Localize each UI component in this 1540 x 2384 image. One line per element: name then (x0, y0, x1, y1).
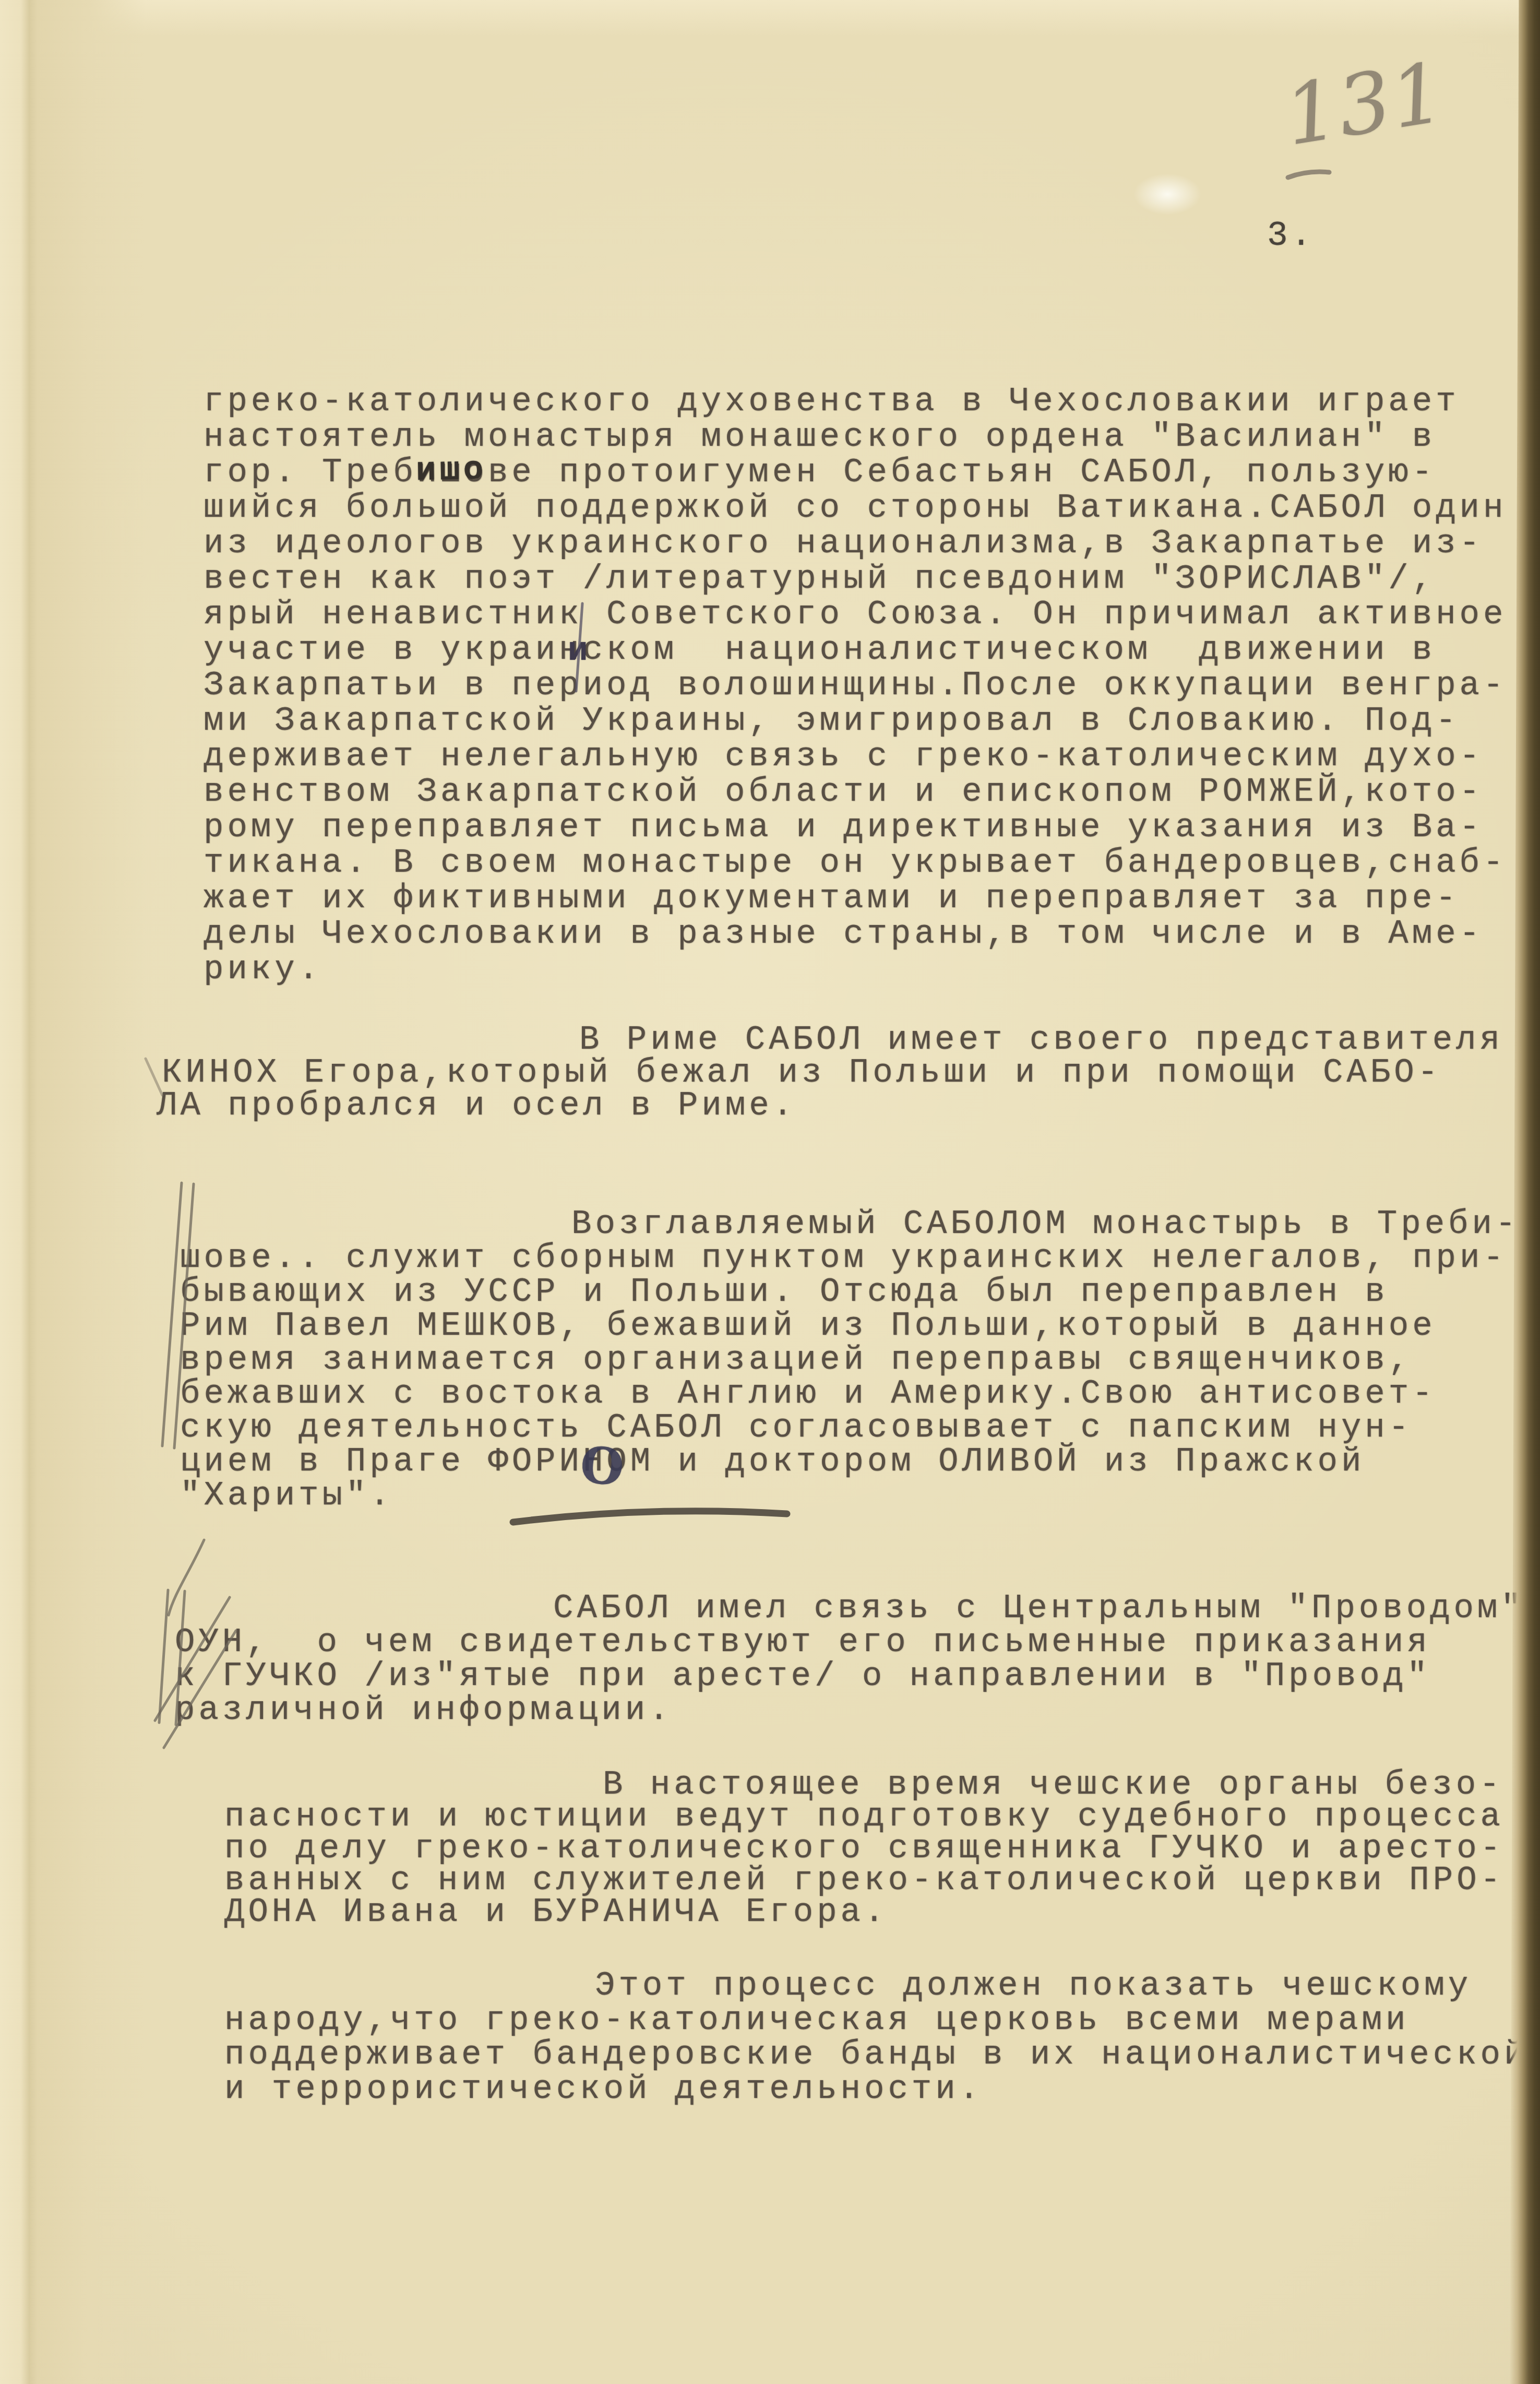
text-line: ЛА пробрался и осел в Риме. (157, 1090, 796, 1122)
text-line: ярый ненавистник Советского Союза. Он пр… (204, 599, 1507, 631)
text-line: ми Закарпатской Украины, эмигрировал в С… (204, 706, 1460, 737)
handwritten-letter-o-correction: О (578, 1435, 626, 1498)
text-line: рику. (204, 954, 322, 986)
text-line: В настоящее время чешские органы безо- (603, 1770, 1503, 1801)
underline-forinom (513, 1511, 787, 1522)
margin-mark-paragraph4-line1 (159, 1590, 168, 1723)
text-line: Закарпатьи в период волошинщины.После ок… (204, 670, 1507, 702)
text-line: гор. Требишове протоигумен Себастьян САБ… (204, 457, 1436, 489)
page-edge-shadow (1510, 0, 1540, 2384)
text-line: В Риме САБОЛ имеет своего представителя (579, 1025, 1503, 1056)
text-line: Возглавляемый САБОЛОМ монастырь в Треби- (571, 1209, 1519, 1240)
text-line: ОУН, о чем свидетельствуют его письменны… (175, 1627, 1431, 1658)
overtype-correction-letter-i: и (568, 633, 591, 670)
overtype-correction-trebisov: ишо (415, 452, 487, 490)
text-line: делы Чехословакии в разные страны,в том … (204, 919, 1483, 950)
text-line: венством Закарпатской области и епископо… (204, 777, 1483, 808)
text-line: тикана. В своем монастыре он укрывает ба… (204, 848, 1507, 879)
text-line: из идеологов украинского национализма,в … (204, 528, 1483, 560)
text-line: шийся большой поддержкой со стороны Вати… (204, 493, 1507, 524)
text-line: "Хариты". (180, 1480, 393, 1512)
text-line: участие в украинском националистическом … (204, 635, 1436, 666)
text-line: к ГУЧКО /из"ятые при аресте/ о направлен… (175, 1661, 1431, 1692)
typed-page-number: 3. (1267, 216, 1315, 255)
text-line: народу,что греко-католическая церковь вс… (224, 2005, 1409, 2036)
margin-mark-paragraph3-line1 (162, 1183, 182, 1446)
handwritten-folio-number: 131 (1279, 44, 1452, 164)
text-line: бежавших с востока в Англию и Америку.Св… (180, 1379, 1436, 1410)
text-line: Этот процесс должен показать чешскому (595, 1971, 1472, 2002)
text-line: Рим Павел МЕШКОВ, бежавший из Польши,кот… (180, 1311, 1436, 1342)
text-line: цием в Праге ФОРИНОМ и доктором ОЛИВОЙ и… (180, 1446, 1365, 1478)
text-line: бывающих из УССР и Польши. Отсюда был пе… (180, 1277, 1389, 1308)
margin-mark-curve (169, 1540, 204, 1615)
text-line: рому переправляет письма и директивные у… (204, 812, 1483, 844)
text-line: и террористической деятельности. (224, 2074, 983, 2105)
text-line: шове.. служит сборным пунктом украинских… (180, 1243, 1507, 1274)
text-line: пасности и юстиции ведут подготовку суде… (224, 1801, 1504, 1833)
pencil-dash (1288, 172, 1329, 177)
text-line: жает их фиктивными документами и перепра… (204, 883, 1460, 915)
text-line: настоятель монастыря монашеского ордена … (204, 422, 1436, 453)
text-line: время занимается организацией переправы … (180, 1345, 1412, 1376)
text-line: греко-католического духовенства в Чехосл… (204, 386, 1460, 418)
text-line: различной информации. (175, 1695, 673, 1726)
text-line: скую деятельность САБОЛ согласовывает с … (180, 1413, 1412, 1444)
text-line: по делу греко-католического священника Г… (224, 1833, 1504, 1865)
text-line: САБОЛ имел связь с Центральным "Проводом… (553, 1593, 1525, 1624)
document-page: 131 3. греко-католического духовенства в… (0, 0, 1540, 2384)
text-line: вестен как поэт /литературный псевдоним … (204, 564, 1436, 595)
text-line: держивает нелегальную связь с греко-като… (204, 741, 1483, 773)
text-line: ванных с ним служителей греко-католическ… (224, 1865, 1504, 1896)
text-line: ДОНА Ивана и БУРАНИЧА Егора. (224, 1897, 888, 1928)
text-line: КИНОХ Егора,который бежал из Польши и пр… (162, 1058, 1441, 1089)
text-line: поддерживает бандеровские банды в их нац… (224, 2039, 1527, 2071)
